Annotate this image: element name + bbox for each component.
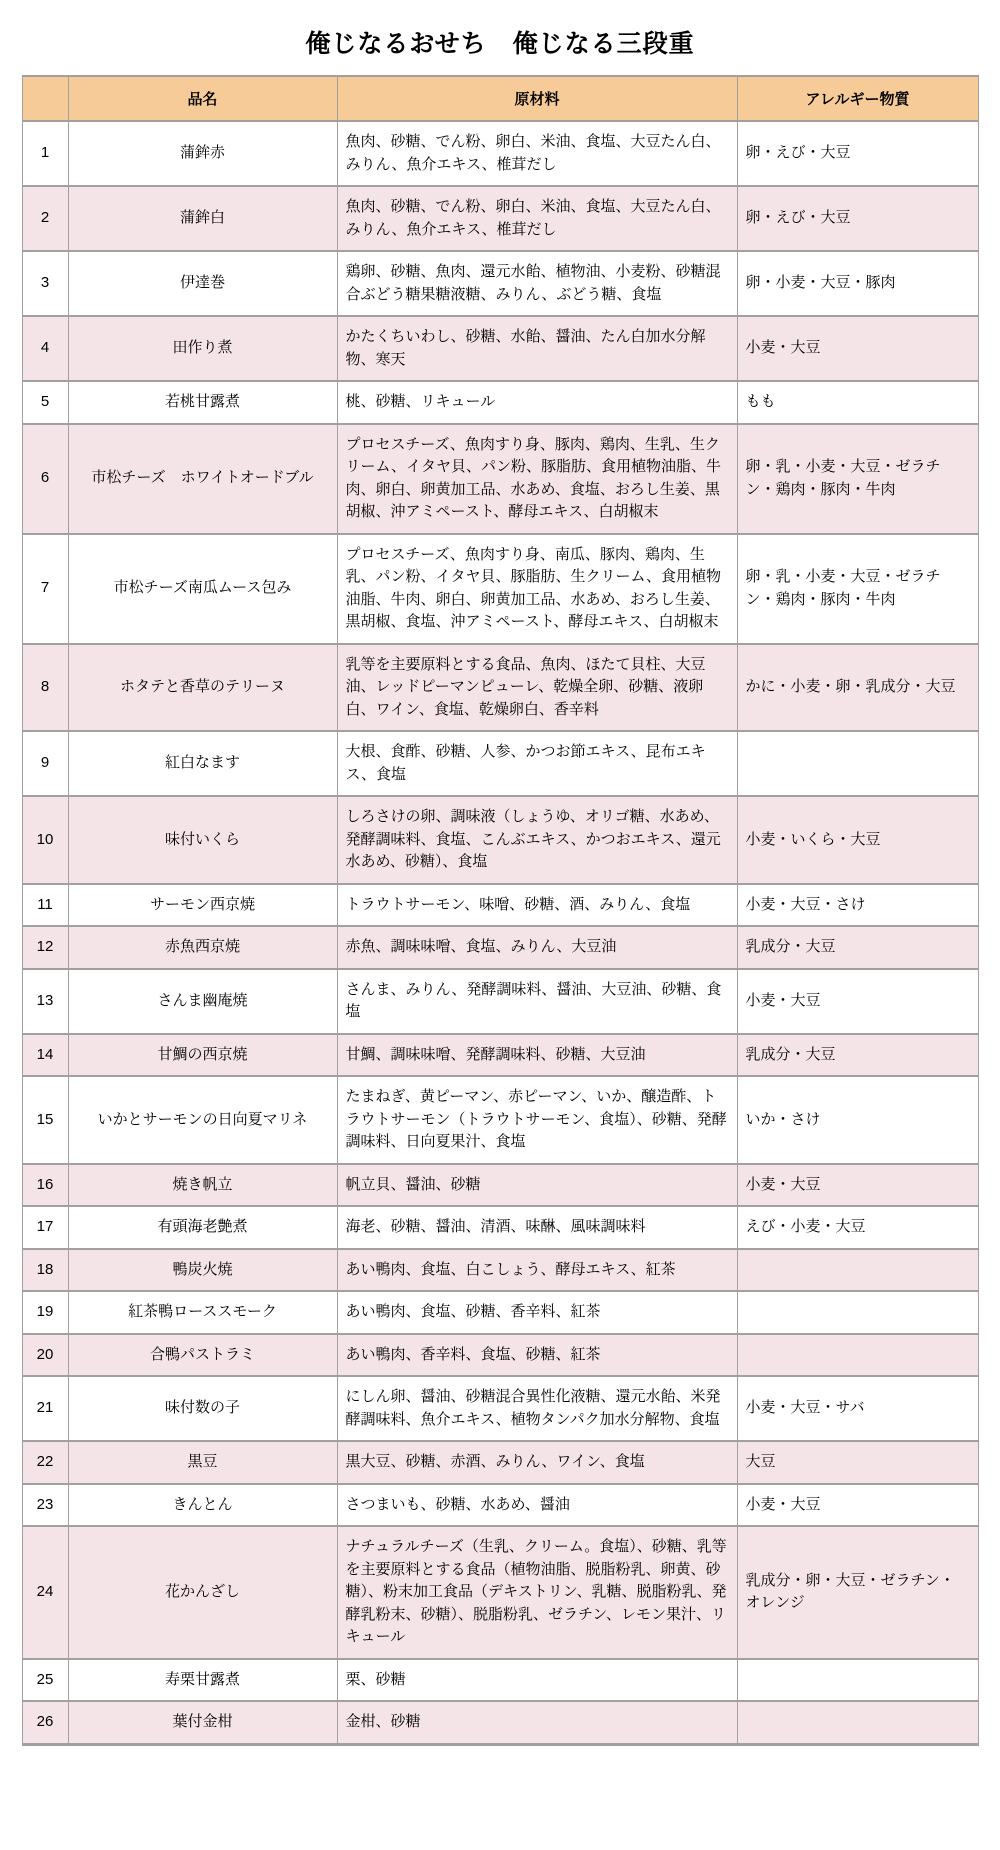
row-number: 25: [22, 1659, 68, 1702]
allergens-text: [737, 1334, 978, 1377]
allergens-text: 卵・えび・大豆: [737, 121, 978, 186]
ingredients-text: しろさけの卵、調味液（しょうゆ、オリゴ糖、水あめ、発酵調味料、食塩、こんぶエキス…: [337, 796, 737, 884]
row-number: 22: [22, 1441, 68, 1484]
table-row: 2蒲鉾白魚肉、砂糖、でん粉、卵白、米油、食塩、大豆たん白、みりん、魚介エキス、椎…: [22, 186, 978, 251]
ingredients-text: 帆立貝、醤油、砂糖: [337, 1164, 737, 1207]
allergen-table: 品名 原材料 アレルギー物質 1蒲鉾赤魚肉、砂糖、でん粉、卵白、米油、食塩、大豆…: [22, 75, 979, 1746]
product-name: 甘鯛の西京焼: [68, 1034, 337, 1077]
product-name: 市松チーズ ホワイトオードブル: [68, 424, 337, 534]
allergens-text: いか・さけ: [737, 1076, 978, 1164]
ingredients-text: あい鴨肉、食塩、白こしょう、酵母エキス、紅茶: [337, 1249, 737, 1292]
row-number: 23: [22, 1484, 68, 1527]
allergens-text: 小麦・大豆: [737, 1164, 978, 1207]
product-name: 紅白なます: [68, 731, 337, 796]
table-row: 25寿栗甘露煮栗、砂糖: [22, 1659, 978, 1702]
table-row: 10味付いくらしろさけの卵、調味液（しょうゆ、オリゴ糖、水あめ、発酵調味料、食塩…: [22, 796, 978, 884]
row-number: 12: [22, 926, 68, 969]
row-number: 18: [22, 1249, 68, 1292]
ingredients-text: 桃、砂糖、リキュール: [337, 381, 737, 424]
ingredients-text: 大根、食酢、砂糖、人参、かつお節エキス、昆布エキス、食塩: [337, 731, 737, 796]
row-number: 14: [22, 1034, 68, 1077]
allergens-text: 小麦・大豆・さけ: [737, 884, 978, 927]
allergens-text: 小麦・大豆・サバ: [737, 1376, 978, 1441]
header-number: [22, 76, 68, 121]
allergens-text: 乳成分・大豆: [737, 926, 978, 969]
table-row: 1蒲鉾赤魚肉、砂糖、でん粉、卵白、米油、食塩、大豆たん白、みりん、魚介エキス、椎…: [22, 121, 978, 186]
row-number: 10: [22, 796, 68, 884]
table-row: 18鴨炭火焼あい鴨肉、食塩、白こしょう、酵母エキス、紅茶: [22, 1249, 978, 1292]
row-number: 16: [22, 1164, 68, 1207]
row-number: 7: [22, 534, 68, 644]
row-number: 5: [22, 381, 68, 424]
table-header-row: 品名 原材料 アレルギー物質: [22, 76, 978, 121]
allergens-text: 卵・えび・大豆: [737, 186, 978, 251]
product-name: 黒豆: [68, 1441, 337, 1484]
product-name: 市松チーズ南瓜ムース包み: [68, 534, 337, 644]
row-number: 24: [22, 1526, 68, 1659]
ingredients-text: さんま、みりん、発酵調味料、醤油、大豆油、砂糖、食塩: [337, 969, 737, 1034]
table-row: 15いかとサーモンの日向夏マリネたまねぎ、黄ピーマン、赤ピーマン、いか、醸造酢、…: [22, 1076, 978, 1164]
table-row: 14甘鯛の西京焼甘鯛、調味味噌、発酵調味料、砂糖、大豆油乳成分・大豆: [22, 1034, 978, 1077]
product-name: 赤魚西京焼: [68, 926, 337, 969]
table-row: 3伊達巻鶏卵、砂糖、魚肉、還元水飴、植物油、小麦粉、砂糖混合ぶどう糖果糖液糖、み…: [22, 251, 978, 316]
product-name: 味付いくら: [68, 796, 337, 884]
ingredients-text: 黒大豆、砂糖、赤酒、みりん、ワイン、食塩: [337, 1441, 737, 1484]
table-row: 4田作り煮かたくちいわし、砂糖、水飴、醤油、たん白加水分解物、寒天小麦・大豆: [22, 316, 978, 381]
allergens-text: [737, 1249, 978, 1292]
row-number: 21: [22, 1376, 68, 1441]
row-number: 13: [22, 969, 68, 1034]
row-number: 4: [22, 316, 68, 381]
ingredients-text: 魚肉、砂糖、でん粉、卵白、米油、食塩、大豆たん白、みりん、魚介エキス、椎茸だし: [337, 121, 737, 186]
ingredients-text: 海老、砂糖、醤油、清酒、味醂、風味調味料: [337, 1206, 737, 1249]
product-name: 蒲鉾赤: [68, 121, 337, 186]
allergens-text: [737, 1291, 978, 1334]
table-row: 9紅白なます大根、食酢、砂糖、人参、かつお節エキス、昆布エキス、食塩: [22, 731, 978, 796]
row-number: 6: [22, 424, 68, 534]
allergens-text: 卵・小麦・大豆・豚肉: [737, 251, 978, 316]
allergens-text: 卵・乳・小麦・大豆・ゼラチン・鶏肉・豚肉・牛肉: [737, 534, 978, 644]
allergens-text: 小麦・大豆: [737, 1484, 978, 1527]
row-number: 11: [22, 884, 68, 927]
row-number: 2: [22, 186, 68, 251]
ingredients-text: プロセスチーズ、魚肉すり身、豚肉、鶏肉、生乳、生クリーム、イタヤ貝、パン粉、豚脂…: [337, 424, 737, 534]
allergens-text: かに・小麦・卵・乳成分・大豆: [737, 644, 978, 732]
table-row: 17有頭海老艶煮海老、砂糖、醤油、清酒、味醂、風味調味料えび・小麦・大豆: [22, 1206, 978, 1249]
table-row: 8ホタテと香草のテリーヌ乳等を主要原料とする食品、魚肉、ほたて貝柱、大豆油、レッ…: [22, 644, 978, 732]
ingredients-text: ナチュラルチーズ（生乳、クリーム。食塩）、砂糖、乳等を主要原料とする食品（植物油…: [337, 1526, 737, 1659]
allergens-text: [737, 1701, 978, 1744]
product-name: 寿栗甘露煮: [68, 1659, 337, 1702]
product-name: 花かんざし: [68, 1526, 337, 1659]
header-ingredients: 原材料: [337, 76, 737, 121]
row-number: 8: [22, 644, 68, 732]
table-row: 20合鴨パストラミあい鴨肉、香辛料、食塩、砂糖、紅茶: [22, 1334, 978, 1377]
product-name: 鴨炭火焼: [68, 1249, 337, 1292]
table-row: 19紅茶鴨ローススモークあい鴨肉、食塩、砂糖、香辛料、紅茶: [22, 1291, 978, 1334]
product-name: 葉付金柑: [68, 1701, 337, 1744]
ingredients-text: にしん卵、醤油、砂糖混合異性化液糖、還元水飴、米発酵調味料、魚介エキス、植物タン…: [337, 1376, 737, 1441]
allergens-text: 大豆: [737, 1441, 978, 1484]
allergens-text: 小麦・いくら・大豆: [737, 796, 978, 884]
table-row: 7市松チーズ南瓜ムース包みプロセスチーズ、魚肉すり身、南瓜、豚肉、鶏肉、生乳、パ…: [22, 534, 978, 644]
allergens-text: 小麦・大豆: [737, 969, 978, 1034]
ingredients-text: トラウトサーモン、味噌、砂糖、酒、みりん、食塩: [337, 884, 737, 927]
row-number: 19: [22, 1291, 68, 1334]
header-allergens: アレルギー物質: [737, 76, 978, 121]
table-row: 16焼き帆立帆立貝、醤油、砂糖小麦・大豆: [22, 1164, 978, 1207]
table-row: 11サーモン西京焼トラウトサーモン、味噌、砂糖、酒、みりん、食塩小麦・大豆・さけ: [22, 884, 978, 927]
ingredients-text: 魚肉、砂糖、でん粉、卵白、米油、食塩、大豆たん白、みりん、魚介エキス、椎茸だし: [337, 186, 737, 251]
table-row: 5若桃甘露煮桃、砂糖、リキュールもも: [22, 381, 978, 424]
allergens-text: 小麦・大豆: [737, 316, 978, 381]
product-name: きんとん: [68, 1484, 337, 1527]
ingredients-text: 赤魚、調味味噌、食塩、みりん、大豆油: [337, 926, 737, 969]
row-number: 9: [22, 731, 68, 796]
ingredients-text: 鶏卵、砂糖、魚肉、還元水飴、植物油、小麦粉、砂糖混合ぶどう糖果糖液糖、みりん、ぶ…: [337, 251, 737, 316]
allergens-text: もも: [737, 381, 978, 424]
product-name: 若桃甘露煮: [68, 381, 337, 424]
ingredients-text: あい鴨肉、食塩、砂糖、香辛料、紅茶: [337, 1291, 737, 1334]
product-name: ホタテと香草のテリーヌ: [68, 644, 337, 732]
allergens-text: 卵・乳・小麦・大豆・ゼラチン・鶏肉・豚肉・牛肉: [737, 424, 978, 534]
row-number: 20: [22, 1334, 68, 1377]
allergens-text: えび・小麦・大豆: [737, 1206, 978, 1249]
row-number: 26: [22, 1701, 68, 1744]
table-row: 6市松チーズ ホワイトオードブルプロセスチーズ、魚肉すり身、豚肉、鶏肉、生乳、生…: [22, 424, 978, 534]
ingredients-text: 乳等を主要原料とする食品、魚肉、ほたて貝柱、大豆油、レッドピーマンピューレ、乾燥…: [337, 644, 737, 732]
table-row: 13さんま幽庵焼さんま、みりん、発酵調味料、醤油、大豆油、砂糖、食塩小麦・大豆: [22, 969, 978, 1034]
table-body: 1蒲鉾赤魚肉、砂糖、でん粉、卵白、米油、食塩、大豆たん白、みりん、魚介エキス、椎…: [22, 121, 978, 1744]
ingredients-text: さつまいも、砂糖、水あめ、醤油: [337, 1484, 737, 1527]
allergens-text: 乳成分・大豆: [737, 1034, 978, 1077]
product-name: 合鴨パストラミ: [68, 1334, 337, 1377]
product-name: さんま幽庵焼: [68, 969, 337, 1034]
ingredients-text: かたくちいわし、砂糖、水飴、醤油、たん白加水分解物、寒天: [337, 316, 737, 381]
page-title: 俺じなるおせち 俺じなる三段重: [0, 0, 1000, 75]
table-row: 26葉付金柑金柑、砂糖: [22, 1701, 978, 1744]
product-name: 焼き帆立: [68, 1164, 337, 1207]
ingredients-text: プロセスチーズ、魚肉すり身、南瓜、豚肉、鶏肉、生乳、パン粉、イタヤ貝、豚脂肪、生…: [337, 534, 737, 644]
allergens-text: [737, 731, 978, 796]
ingredients-text: 甘鯛、調味味噌、発酵調味料、砂糖、大豆油: [337, 1034, 737, 1077]
ingredients-text: たまねぎ、黄ピーマン、赤ピーマン、いか、醸造酢、トラウトサーモン（トラウトサーモ…: [337, 1076, 737, 1164]
row-number: 3: [22, 251, 68, 316]
product-name: 紅茶鴨ローススモーク: [68, 1291, 337, 1334]
allergens-text: [737, 1659, 978, 1702]
ingredients-text: 金柑、砂糖: [337, 1701, 737, 1744]
table-row: 12赤魚西京焼赤魚、調味味噌、食塩、みりん、大豆油乳成分・大豆: [22, 926, 978, 969]
product-name: いかとサーモンの日向夏マリネ: [68, 1076, 337, 1164]
table-row: 24花かんざしナチュラルチーズ（生乳、クリーム。食塩）、砂糖、乳等を主要原料とす…: [22, 1526, 978, 1659]
product-name: サーモン西京焼: [68, 884, 337, 927]
table-row: 21味付数の子にしん卵、醤油、砂糖混合異性化液糖、還元水飴、米発酵調味料、魚介エ…: [22, 1376, 978, 1441]
header-product-name: 品名: [68, 76, 337, 121]
row-number: 1: [22, 121, 68, 186]
product-name: 伊達巻: [68, 251, 337, 316]
product-name: 味付数の子: [68, 1376, 337, 1441]
ingredients-text: 栗、砂糖: [337, 1659, 737, 1702]
table-row: 22黒豆黒大豆、砂糖、赤酒、みりん、ワイン、食塩大豆: [22, 1441, 978, 1484]
product-name: 蒲鉾白: [68, 186, 337, 251]
product-name: 有頭海老艶煮: [68, 1206, 337, 1249]
allergens-text: 乳成分・卵・大豆・ゼラチン・オレンジ: [737, 1526, 978, 1659]
product-name: 田作り煮: [68, 316, 337, 381]
table-row: 23きんとんさつまいも、砂糖、水あめ、醤油小麦・大豆: [22, 1484, 978, 1527]
row-number: 15: [22, 1076, 68, 1164]
ingredients-text: あい鴨肉、香辛料、食塩、砂糖、紅茶: [337, 1334, 737, 1377]
row-number: 17: [22, 1206, 68, 1249]
